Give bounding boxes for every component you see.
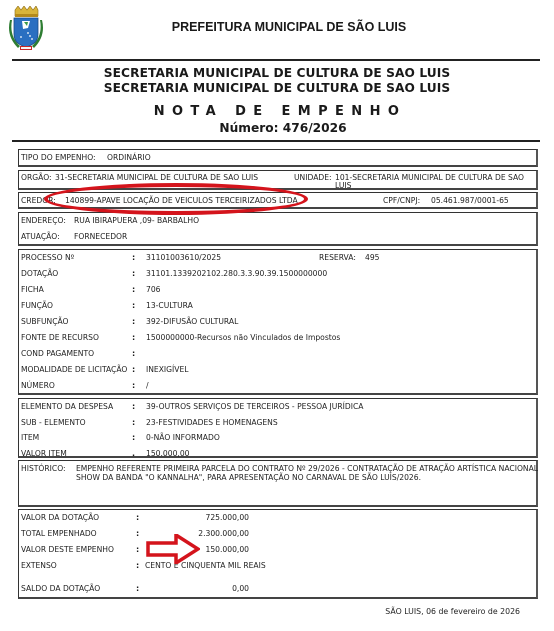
orgao-label: ORGÃO: bbox=[21, 173, 52, 182]
tipo-label: TIPO DO EMPENHO: bbox=[21, 153, 96, 162]
row-value: 31101.1339202102.280.3.3.90.39.150000000… bbox=[146, 269, 327, 278]
row-label: FICHA bbox=[21, 285, 44, 294]
row-label: COND PAGAMENTO bbox=[21, 349, 94, 358]
issue-date: SÃO LUIS, 06 de fevereiro de 2026 bbox=[385, 607, 520, 616]
document-title: NOTA DE EMPENHO bbox=[0, 104, 554, 119]
elemento-box: ELEMENTO DA DESPESA:39-OUTROS SERVIÇOS D… bbox=[18, 398, 538, 458]
cpf-cnpj-label: CPF/CNPJ: bbox=[383, 196, 420, 205]
tipo-value: ORDINÁRIO bbox=[107, 153, 151, 162]
row-label: VALOR ITEM bbox=[21, 449, 67, 458]
separator: : bbox=[132, 269, 135, 278]
row-value: 31101003610/2025 bbox=[146, 253, 221, 262]
row-label: SUBFUNÇÃO bbox=[21, 317, 69, 326]
endereco-value: RUA IBIRAPUERA ,09- BARBALHO bbox=[74, 216, 199, 225]
separator: : bbox=[132, 285, 135, 294]
prefeitura-title: PREFEITURA MUNICIPAL DE SÃO LUIS bbox=[0, 20, 554, 34]
row-label: ITEM bbox=[21, 433, 39, 442]
row-label: SUB - ELEMENTO bbox=[21, 418, 86, 427]
row-value: 0-NÃO INFORMADO bbox=[146, 433, 220, 442]
historico-line1: EMPENHO REFERENTE PRIMEIRA PARCELA DO CO… bbox=[76, 464, 538, 473]
separator: : bbox=[132, 301, 135, 310]
secretaria-title-2: SECRETARIA MUNICIPAL DE CULTURA DE SAO L… bbox=[0, 81, 554, 95]
historico-line2: SHOW DA BANDA "O KANNALHA", PARA APRESEN… bbox=[76, 473, 421, 482]
separator: : bbox=[132, 418, 135, 427]
atuacao-value: FORNECEDOR bbox=[74, 232, 127, 241]
row-label: DOTAÇÃO bbox=[21, 269, 58, 278]
valor-dotacao-label: VALOR DA DOTAÇÃO bbox=[21, 513, 99, 522]
separator: : bbox=[132, 365, 135, 374]
saldo-dotacao-label: SALDO DA DOTAÇÃO bbox=[21, 584, 100, 593]
orgao-value: 31-SECRETARIA MUNICIPAL DE CULTURA DE SA… bbox=[55, 173, 258, 182]
header-divider bbox=[12, 59, 540, 61]
row-value: 13-CULTURA bbox=[146, 301, 193, 310]
separator: : bbox=[132, 253, 135, 262]
reserva-value: 495 bbox=[365, 253, 380, 262]
separator: . bbox=[132, 449, 135, 458]
unidade-value-line1: 101-SECRETARIA MUNICIPAL DE CULTURA DE S… bbox=[335, 173, 524, 182]
row-label: FONTE DE RECURSO bbox=[21, 333, 99, 342]
total-empenhado-label: TOTAL EMPENHADO bbox=[21, 529, 97, 538]
row-label: FUNÇÃO bbox=[21, 301, 53, 310]
unidade-value-line2: LUIS bbox=[335, 181, 351, 190]
row-label: ELEMENTO DA DESPESA bbox=[21, 402, 113, 411]
separator: : bbox=[132, 349, 135, 358]
red-arrow-annotation bbox=[146, 534, 200, 564]
valor-empenho-label: VALOR DESTE EMPENHO bbox=[21, 545, 114, 554]
numero-value: 476/2026 bbox=[283, 121, 347, 135]
reserva-label: RESERVA: bbox=[319, 253, 356, 262]
secretaria-title-1: SECRETARIA MUNICIPAL DE CULTURA DE SAO L… bbox=[0, 66, 554, 80]
saldo-dotacao-value: 0,00 bbox=[129, 584, 249, 593]
row-value: / bbox=[146, 381, 149, 390]
row-value: 23-FESTIVIDADES E HOMENAGENS bbox=[146, 418, 278, 427]
detalhes-box: RESERVA: 495 PROCESSO Nº:31101003610/202… bbox=[18, 249, 538, 395]
extenso-label: EXTENSO bbox=[21, 561, 57, 570]
endereco-label: ENDEREÇO: bbox=[21, 216, 66, 225]
row-value: 706 bbox=[146, 285, 161, 294]
row-value: 392-DIFUSÃO CULTURAL bbox=[146, 317, 238, 326]
separator: : bbox=[132, 317, 135, 326]
historico-box: HISTÓRICO: EMPENHO REFERENTE PRIMEIRA PA… bbox=[18, 460, 538, 507]
separator: : bbox=[132, 433, 135, 442]
document-number: Número: 476/2026 bbox=[0, 121, 554, 135]
atuacao-label: ATUAÇÃO: bbox=[21, 232, 60, 241]
separator: : bbox=[132, 333, 135, 342]
row-label: NÚMERO bbox=[21, 381, 55, 390]
separator: : bbox=[132, 402, 135, 411]
red-ellipse-annotation bbox=[44, 183, 308, 215]
numero-label: Número: bbox=[219, 121, 278, 135]
valor-dotacao-value: 725.000,00 bbox=[129, 513, 249, 522]
row-label: MODALIDADE DE LICITAÇÃO bbox=[21, 365, 127, 374]
row-label: PROCESSO Nº bbox=[21, 253, 74, 262]
tipo-empenho-box: TIPO DO EMPENHO: ORDINÁRIO bbox=[18, 149, 538, 167]
historico-label: HISTÓRICO: bbox=[21, 464, 66, 473]
row-value: 1500000000-Recursos não Vinculados de Im… bbox=[146, 333, 340, 342]
row-value: 150.000,00 bbox=[146, 449, 189, 458]
endereco-box: ENDEREÇO: RUA IBIRAPUERA ,09- BARBALHO A… bbox=[18, 212, 538, 246]
cpf-cnpj-value: 05.461.987/0001-65 bbox=[431, 196, 509, 205]
separator: : bbox=[136, 561, 139, 570]
separator: : bbox=[132, 381, 135, 390]
valores-box: VALOR DA DOTAÇÃO : 725.000,00 TOTAL EMPE… bbox=[18, 509, 538, 599]
row-value: 39-OUTROS SERVIÇOS DE TERCEIROS - PESSOA… bbox=[146, 402, 363, 411]
row-value: INEXIGÍVEL bbox=[146, 365, 189, 374]
header-divider-bottom bbox=[12, 140, 540, 142]
unidade-label: UNIDADE: bbox=[294, 173, 332, 182]
